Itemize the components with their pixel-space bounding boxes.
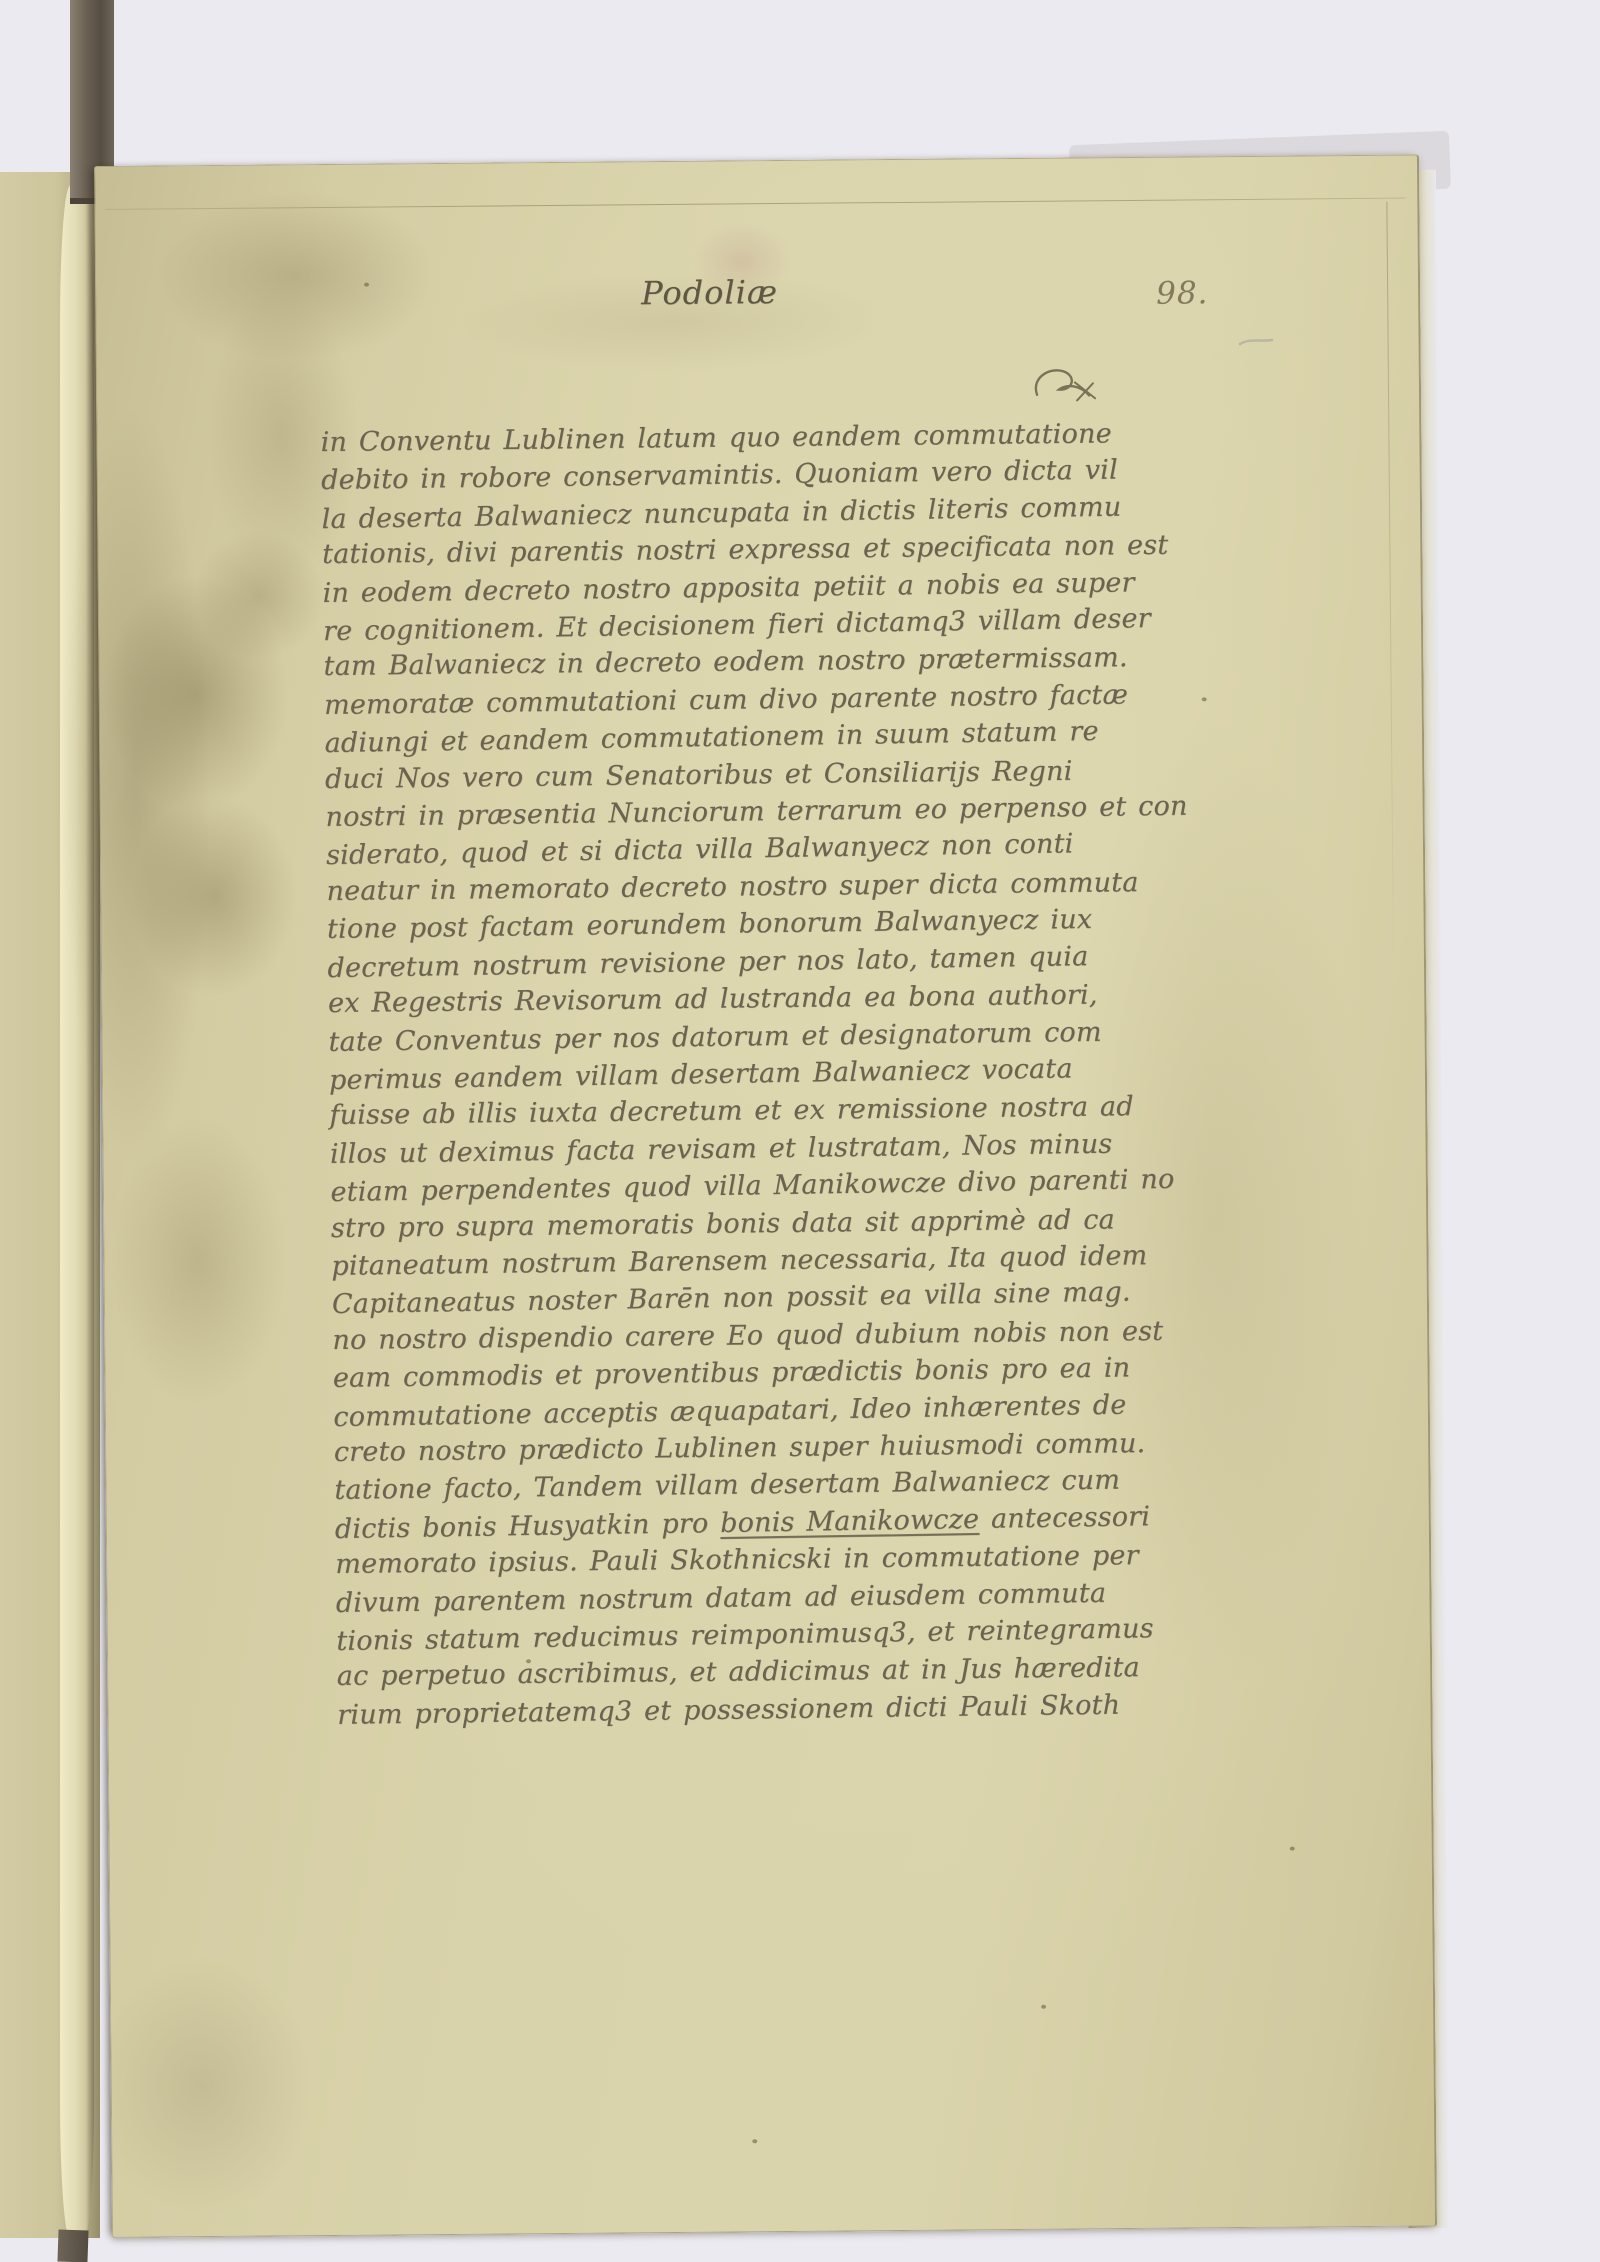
manuscript-text-block: in Conventu Lublinen latum quo eandem co… — [320, 413, 1217, 1734]
manuscript-page: Podoliæ 98. in Conventu Lublinen latum q… — [94, 154, 1437, 2237]
parchment-stain — [131, 795, 298, 996]
parchment-stain — [155, 190, 436, 362]
gutter-shadow-tip — [57, 2229, 88, 2262]
parchment-stain — [193, 530, 324, 661]
page-ruled-top-line — [105, 198, 1405, 210]
ink-speckle — [364, 283, 369, 287]
parchment-stain — [91, 1955, 313, 2217]
ink-speckle — [752, 2139, 757, 2143]
running-header-title: Podoliæ — [641, 273, 778, 312]
page-ruled-right-line — [1386, 202, 1394, 982]
parchment-stain — [109, 1115, 287, 1407]
margin-pencil-mark — [1236, 330, 1276, 358]
manuscript-photo-scene: Podoliæ 98. in Conventu Lublinen latum q… — [0, 0, 1600, 2262]
underlined-phrase: bonis Manikowcze — [720, 1504, 979, 1539]
fore-edge-highlight — [60, 186, 94, 2238]
folio-number: 98. — [1156, 275, 1209, 311]
parchment-stain — [103, 575, 290, 812]
ink-speckle — [1041, 2005, 1046, 2009]
ink-speckle — [1290, 1847, 1295, 1851]
paraph-flourish-icon — [1027, 362, 1101, 415]
